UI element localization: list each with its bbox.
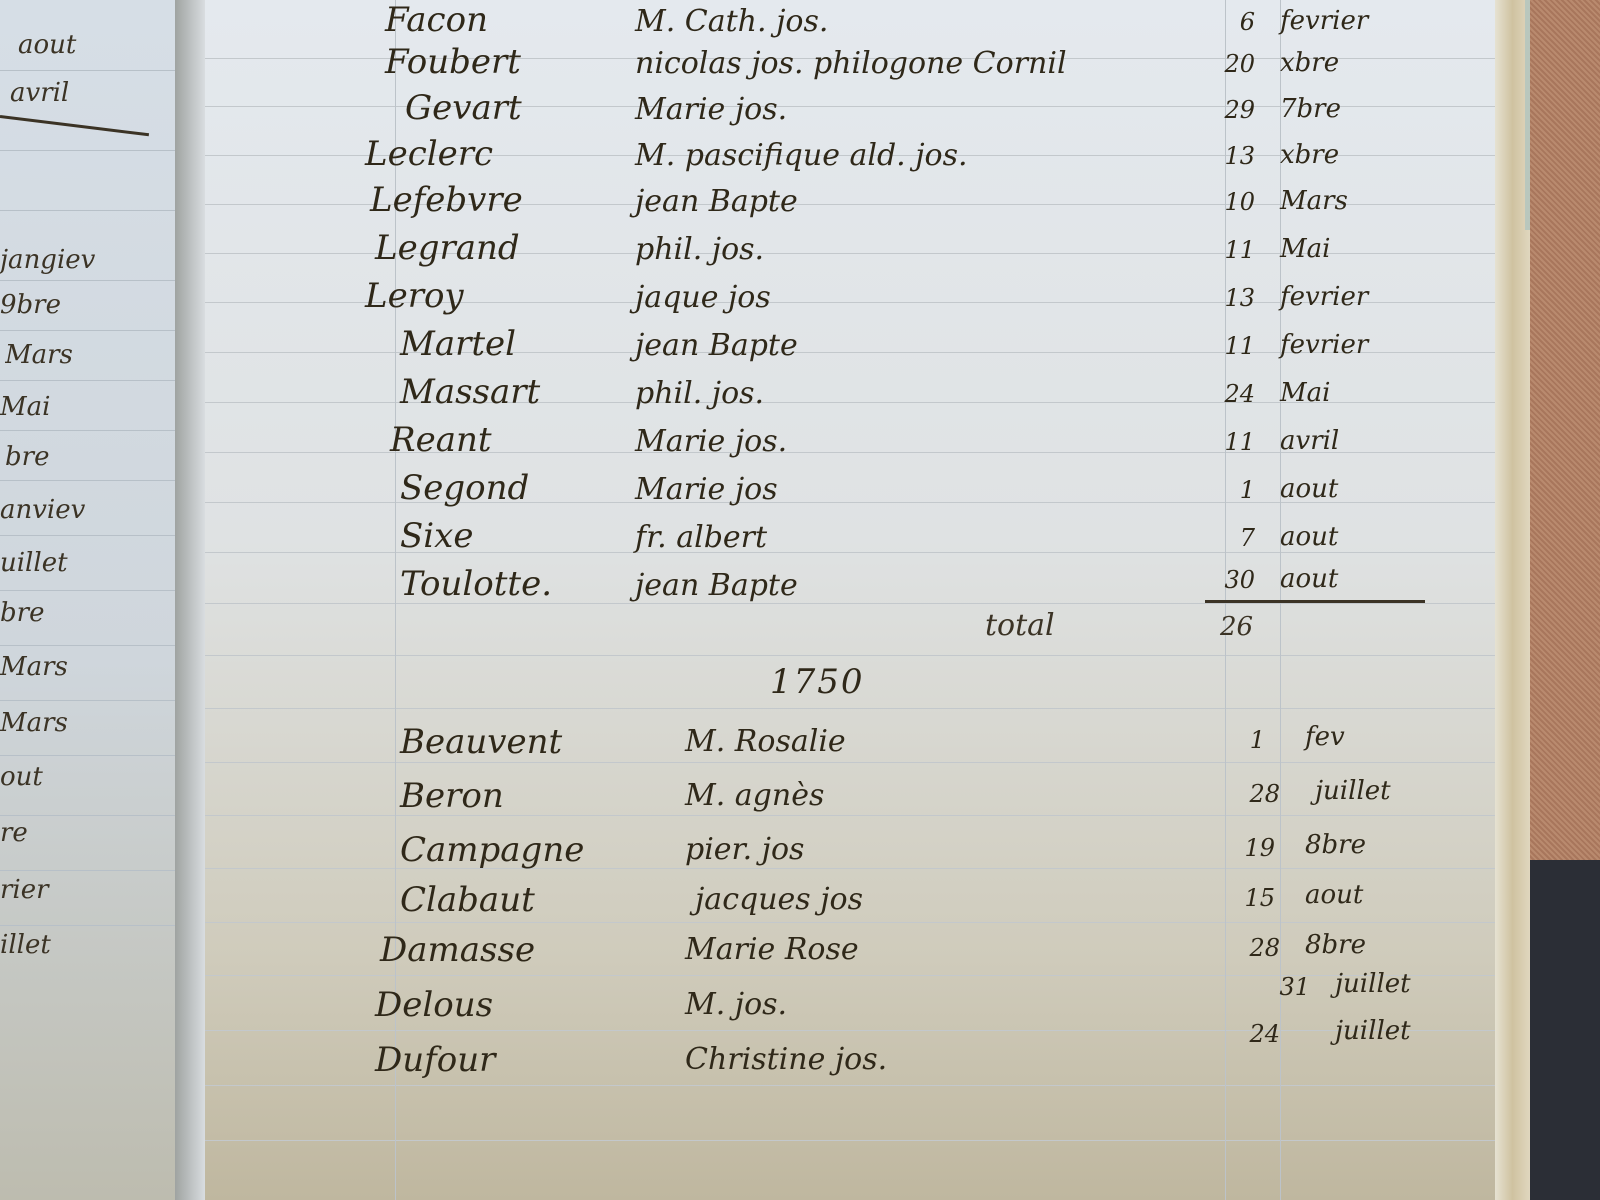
- register-entry: Delous M. jos. 31 juillet: [205, 985, 1515, 1033]
- register-entry: Gevart Marie jos. 29 7bre: [205, 88, 1515, 136]
- total-underline: [1205, 600, 1425, 603]
- entry-given-names: M. Rosalie: [685, 724, 846, 759]
- entry-day: 24: [1195, 380, 1255, 408]
- left-page-word: jangiev: [0, 245, 170, 275]
- ruled-line: [0, 150, 175, 151]
- left-page-word: illet: [0, 930, 170, 960]
- ruled-line: [0, 755, 175, 756]
- entry-given-names: jaque jos: [635, 280, 771, 315]
- left-page-word: Mars: [0, 708, 170, 738]
- register-entry: Beron M. agnès 28 juillet: [205, 776, 1515, 824]
- entry-given-names: nicolas jos. philogone Cornil: [635, 46, 1067, 81]
- register-entry: Legrand phil. jos. 11 Mai: [205, 228, 1515, 276]
- left-page-word: anviev: [0, 495, 170, 525]
- entry-month: aout: [1305, 880, 1363, 910]
- register-entry: Toulotte. jean Bapte 30 aout: [205, 564, 1515, 612]
- entry-day: 30: [1195, 566, 1255, 594]
- entry-surname: Facon: [385, 0, 488, 40]
- entry-given-names: Marie jos.: [635, 92, 787, 127]
- entry-surname: Delous: [375, 985, 493, 1025]
- entry-month: Mai: [1280, 234, 1330, 264]
- entry-month: juillet: [1315, 776, 1391, 806]
- entry-month: fevrier: [1280, 6, 1368, 36]
- entry-surname: Martel: [400, 324, 516, 364]
- entry-month: Mai: [1280, 378, 1330, 408]
- entry-given-names: phil. jos.: [635, 376, 764, 411]
- ruled-line: [205, 655, 1515, 656]
- ruled-line: [0, 645, 175, 646]
- ruled-line: [0, 815, 175, 816]
- entry-day: 11: [1195, 236, 1255, 264]
- register-entry: Segond Marie jos 1 aout: [205, 468, 1515, 516]
- ruled-line: [0, 535, 175, 536]
- ruled-line: [205, 1140, 1515, 1141]
- left-page-word: 9bre: [0, 290, 170, 320]
- entry-day: 10: [1195, 188, 1255, 216]
- entry-given-names: M. agnès: [685, 778, 824, 813]
- entry-surname: Leroy: [365, 276, 464, 316]
- entry-given-names: M. pascifique ald. jos.: [635, 138, 968, 173]
- entry-day: 11: [1195, 332, 1255, 360]
- entry-surname: Gevart: [405, 88, 522, 128]
- entry-surname: Segond: [400, 468, 529, 508]
- entry-day: 28: [1220, 780, 1280, 808]
- entry-given-names: Marie jos.: [635, 424, 787, 459]
- entry-given-names: M. jos.: [685, 987, 787, 1022]
- background-shadow: [1530, 860, 1600, 1200]
- left-page: aout avril jangiev 9bre Mars Mai bre anv…: [0, 0, 178, 1200]
- left-page-word: Mars: [5, 340, 175, 370]
- book-gutter: [175, 0, 205, 1200]
- entry-month: xbre: [1280, 140, 1339, 170]
- entry-given-names: jean Bapte: [635, 184, 798, 219]
- entry-month: Mars: [1280, 186, 1348, 216]
- entry-month: fevrier: [1280, 282, 1368, 312]
- entry-given-names: Marie jos: [635, 472, 778, 507]
- entry-month: fev: [1305, 722, 1345, 752]
- register-entry: Massart phil. jos. 24 Mai: [205, 372, 1515, 420]
- entry-day: 20: [1195, 50, 1255, 78]
- ruled-line: [0, 870, 175, 871]
- register-entry: Martel jean Bapte 11 fevrier: [205, 324, 1515, 372]
- register-entry: Foubert nicolas jos. philogone Cornil 20…: [205, 42, 1515, 90]
- entry-given-names: Christine jos.: [685, 1042, 887, 1077]
- entry-day: 29: [1195, 96, 1255, 124]
- entry-month: aout: [1280, 474, 1338, 504]
- entry-given-names: jean Bapte: [635, 568, 798, 603]
- register-entry: Damasse Marie Rose 28 8bre: [205, 930, 1515, 978]
- ruled-line: [0, 925, 175, 926]
- ruled-line: [205, 708, 1515, 709]
- ruled-line: [0, 280, 175, 281]
- ruled-line: [0, 380, 175, 381]
- entry-month: 7bre: [1280, 94, 1341, 124]
- left-page-word: out: [0, 762, 170, 792]
- entry-given-names: jean Bapte: [635, 328, 798, 363]
- entry-surname: Foubert: [385, 42, 521, 82]
- entry-surname: Dufour: [375, 1040, 495, 1080]
- register-entry: Leclerc M. pascifique ald. jos. 13 xbre: [205, 134, 1515, 182]
- entry-month: 8bre: [1305, 830, 1366, 860]
- entry-surname: Clabaut: [400, 880, 535, 920]
- entry-surname: Massart: [400, 372, 540, 412]
- entry-surname: Reant: [390, 420, 492, 460]
- ruled-line: [0, 330, 175, 331]
- entry-given-names: jacques jos: [695, 882, 863, 917]
- entry-day: 15: [1215, 884, 1275, 912]
- entry-surname: Legrand: [375, 228, 520, 268]
- entry-given-names: Marie Rose: [685, 932, 859, 967]
- entry-given-names: fr. albert: [635, 520, 767, 555]
- entry-day: 11: [1195, 428, 1255, 456]
- register-entry: Campagne pier. jos 19 8bre: [205, 830, 1515, 878]
- ruled-line: [0, 70, 175, 71]
- left-page-word: Mai: [0, 392, 170, 422]
- ruled-line: [0, 590, 175, 591]
- year-heading: 1750: [770, 662, 865, 702]
- entry-surname: Sixe: [400, 516, 473, 556]
- entry-month: 8bre: [1305, 930, 1366, 960]
- left-page-underline: [0, 115, 149, 136]
- entry-day: 31: [1250, 973, 1310, 1001]
- entry-day: 1: [1195, 476, 1255, 504]
- ruled-line: [0, 700, 175, 701]
- left-page-word: bre: [5, 442, 175, 472]
- ruled-line: [0, 480, 175, 481]
- entry-month: aout: [1280, 522, 1338, 552]
- entry-day: 1: [1205, 726, 1265, 754]
- entry-given-names: M. Cath. jos.: [635, 4, 828, 39]
- entry-surname: Beron: [400, 776, 504, 816]
- register-entry: Lefebvre jean Bapte 10 Mars: [205, 180, 1515, 228]
- ruled-line: [0, 430, 175, 431]
- entry-month: xbre: [1280, 48, 1339, 78]
- entry-day: 24: [1220, 1020, 1280, 1048]
- left-page-word: re: [0, 818, 170, 848]
- entry-month: juillet: [1335, 1016, 1411, 1046]
- total-value: 26: [1220, 612, 1253, 642]
- register-entry: Beauvent M. Rosalie 1 fev: [205, 722, 1515, 770]
- left-page-word: uillet: [0, 548, 170, 578]
- entry-day: 28: [1220, 934, 1280, 962]
- register-entry: Leroy jaque jos 13 fevrier: [205, 276, 1515, 324]
- ruled-line: [0, 210, 175, 211]
- entry-surname: Campagne: [400, 830, 584, 870]
- entry-month: juillet: [1335, 969, 1411, 999]
- entry-month: avril: [1280, 426, 1339, 456]
- entry-surname: Leclerc: [365, 134, 493, 174]
- register-entry: Dufour Christine jos. 24 juillet: [205, 1040, 1515, 1088]
- left-page-word: aout: [18, 30, 188, 60]
- entry-surname: Beauvent: [400, 722, 562, 762]
- register-page: Facon M. Cath. jos. 6 fevrier Foubert ni…: [205, 0, 1525, 1200]
- register-entry: Sixe fr. albert 7 aout: [205, 516, 1515, 564]
- entry-given-names: phil. jos.: [635, 232, 764, 267]
- entry-month: aout: [1280, 564, 1338, 594]
- register-entry: Reant Marie jos. 11 avril: [205, 420, 1515, 468]
- entry-month: fevrier: [1280, 330, 1368, 360]
- left-page-word: rier: [0, 875, 170, 905]
- total-label: total: [985, 608, 1055, 643]
- entry-surname: Lefebvre: [370, 180, 523, 220]
- entry-day: 13: [1195, 142, 1255, 170]
- entry-day: 19: [1215, 834, 1275, 862]
- left-page-word: bre: [0, 598, 170, 628]
- register-entry: Facon M. Cath. jos. 6 fevrier: [205, 0, 1515, 48]
- entry-given-names: pier. jos: [685, 832, 804, 867]
- entry-day: 6: [1195, 8, 1255, 36]
- entry-day: 13: [1195, 284, 1255, 312]
- entry-surname: Toulotte.: [400, 564, 552, 604]
- entry-day: 7: [1195, 524, 1255, 552]
- left-page-word: avril: [10, 78, 180, 108]
- entry-surname: Damasse: [380, 930, 535, 970]
- register-entry: Clabaut jacques jos 15 aout: [205, 880, 1515, 928]
- left-page-word: Mars: [0, 652, 170, 682]
